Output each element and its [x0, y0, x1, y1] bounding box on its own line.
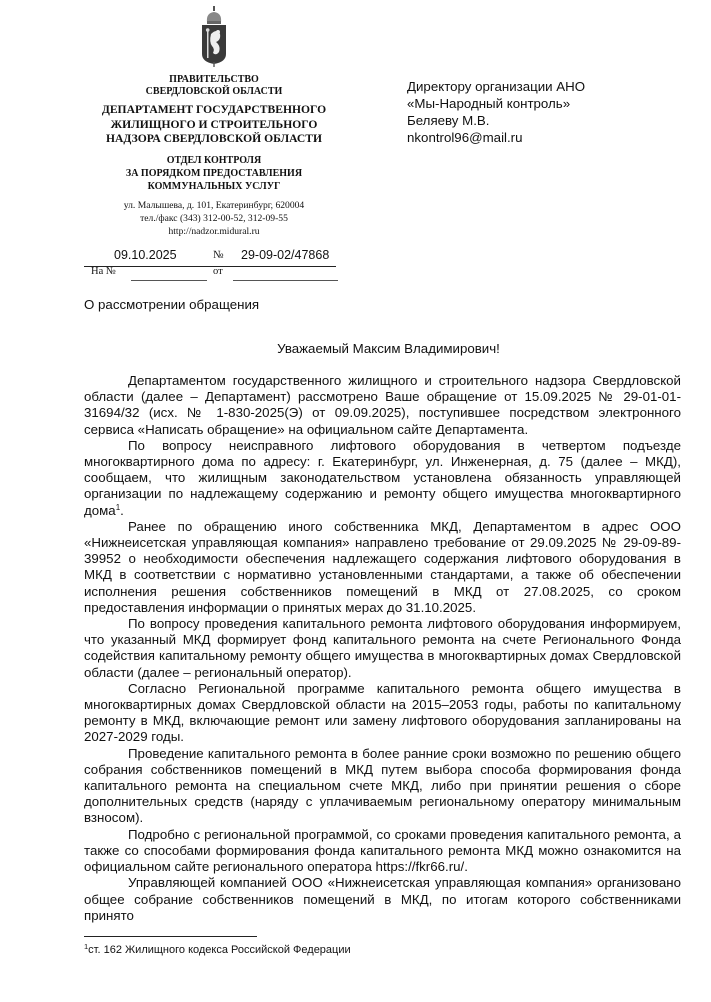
paragraph: По вопросу проведения капитального ремон…: [84, 616, 681, 681]
office-name: ОТДЕЛ КОНТРОЛЯ ЗА ПОРЯДКОМ ПРЕДОСТАВЛЕНИ…: [82, 154, 346, 193]
subject-line: О рассмотрении обращения: [84, 297, 259, 312]
number-sign: №: [213, 249, 224, 261]
paragraph: Проведение капитального ремонта в более …: [84, 746, 681, 827]
from-blank: [233, 280, 338, 281]
sverdlovsk-coat-of-arms-icon: [199, 4, 229, 68]
website-link[interactable]: http://nadzor.midural.ru: [82, 225, 346, 238]
letter-body: Департаментом государственного жилищного…: [84, 373, 681, 924]
letterhead: ПРАВИТЕЛЬСТВО СВЕРДЛОВСКОЙ ОБЛАСТИ ДЕПАР…: [82, 4, 346, 238]
addressee-organization: «Мы-Народный контроль»: [407, 95, 585, 112]
reply-to-blank: [131, 280, 207, 281]
paragraph: Управляющей компанией ООО «Нижнеисетская…: [84, 875, 681, 924]
address: ул. Малышева, д. 101, Екатеринбург, 6200…: [82, 199, 346, 212]
addressee-email[interactable]: nkontrol96@mail.ru: [407, 129, 585, 146]
from-label: от: [213, 266, 223, 277]
department-name: ДЕПАРТАМЕНТ ГОСУДАРСТВЕННОГО ЖИЛИЩНОГО И…: [82, 103, 346, 147]
reply-to-label: На №: [91, 266, 116, 277]
contacts: ул. Малышева, д. 101, Екатеринбург, 6200…: [82, 199, 346, 238]
letter-page: ПРАВИТЕЛЬСТВО СВЕРДЛОВСКОЙ ОБЛАСТИ ДЕПАР…: [0, 0, 711, 1002]
paragraph: Департаментом государственного жилищного…: [84, 373, 681, 438]
footnote-separator: [84, 936, 257, 937]
paragraph: Подробно с региональной программой, со с…: [84, 827, 681, 876]
government-name: ПРАВИТЕЛЬСТВО СВЕРДЛОВСКОЙ ОБЛАСТИ: [82, 74, 346, 98]
paragraph: По вопросу неисправного лифтового оборуд…: [84, 438, 681, 519]
registration-number: 29-09-02/47868: [241, 248, 329, 262]
addressee-block: Директору организации АНО «Мы-Народный к…: [407, 78, 585, 146]
registration-row: 09.10.2025 № 29-09-02/47868: [84, 248, 336, 267]
letter-date: 09.10.2025: [114, 248, 177, 262]
addressee-name: Беляеву М.В.: [407, 112, 585, 129]
footnote: 1ст. 162 Жилищного кодекса Российской Фе…: [84, 944, 351, 956]
salutation: Уважаемый Максим Владимирович!: [84, 341, 681, 356]
reply-to-row: На № от: [84, 266, 336, 282]
addressee-title: Директору организации АНО: [407, 78, 585, 95]
paragraph: Согласно Региональной программе капиталь…: [84, 681, 681, 746]
phone: тел./факс (343) 312-00-52, 312-09-55: [82, 212, 346, 225]
paragraph: Ранее по обращению иного собственника МК…: [84, 519, 681, 616]
